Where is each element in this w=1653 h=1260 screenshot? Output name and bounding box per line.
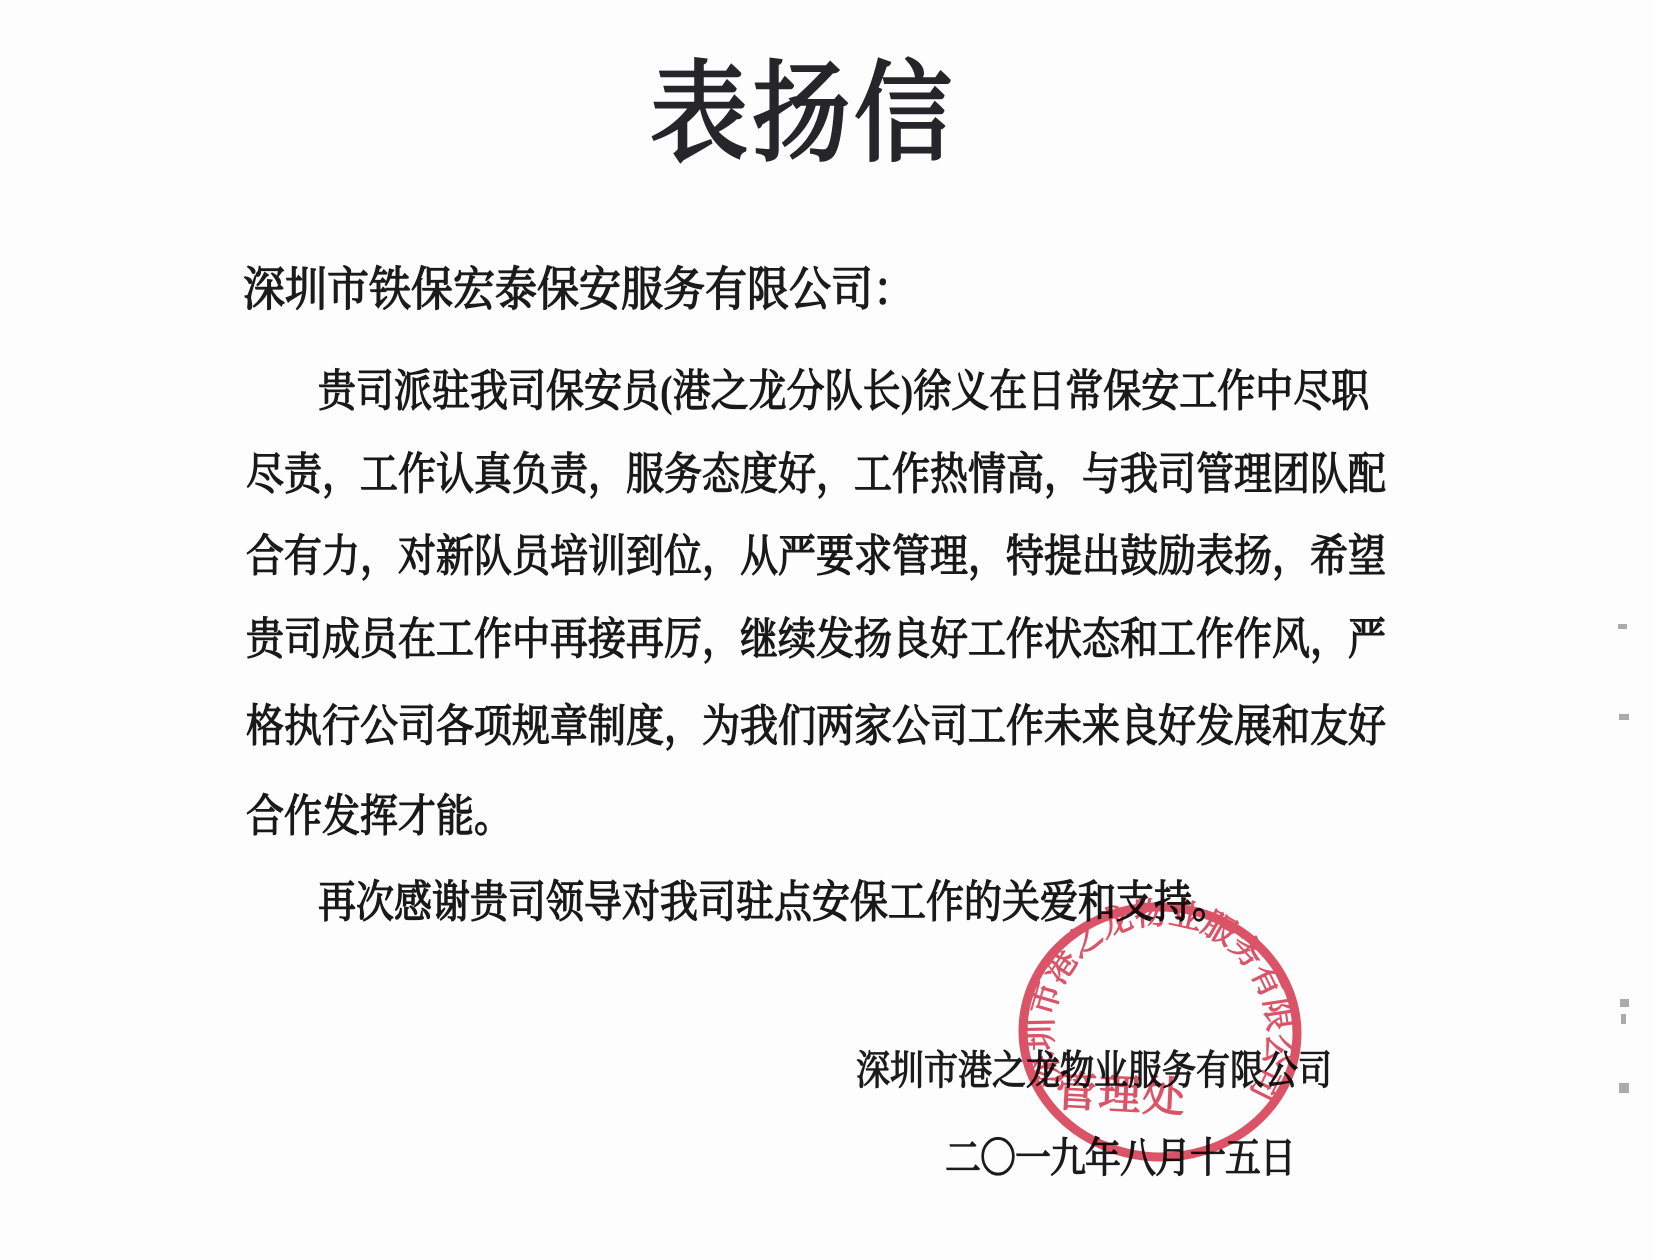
- body-line: 贵司派驻我司保安员(港之龙分队长)徐义在日常保安工作中尽职: [318, 355, 1369, 419]
- company-seal: 深圳市港之龙物业服务有限公司 管理处: [1012, 898, 1308, 1166]
- body-line: 合有力，对新队员培训到位，从严要求管理，特提出鼓励表扬，希望: [246, 520, 1386, 584]
- body-line: 尽责，工作认真负责，服务态度好，工作热情高，与我司管理团队配: [246, 438, 1386, 502]
- body-line: 贵司成员在工作中再接再厉，继续发扬良好工作状态和工作作风，严: [246, 603, 1386, 667]
- body-line: 合作发挥才能。: [246, 780, 512, 844]
- recipient-line: 深圳市铁保宏泰保安服务有限公司：: [243, 253, 915, 320]
- scan-speck: [1621, 1014, 1626, 1024]
- scan-speck: [1618, 624, 1627, 629]
- scan-speck: [1619, 714, 1629, 720]
- letter-title: 表扬信: [650, 26, 956, 184]
- body-line: 格执行公司各项规章制度，为我们两家公司工作未来良好发展和友好: [246, 690, 1386, 754]
- scan-speck: [1620, 999, 1629, 1007]
- seal-office-text: 管理处: [1053, 1069, 1187, 1123]
- letter-page: 表扬信 深圳市铁保宏泰保安服务有限公司： 贵司派驻我司保安员(港之龙分队长)徐义…: [0, 0, 1653, 1260]
- scan-speck: [1619, 1083, 1629, 1093]
